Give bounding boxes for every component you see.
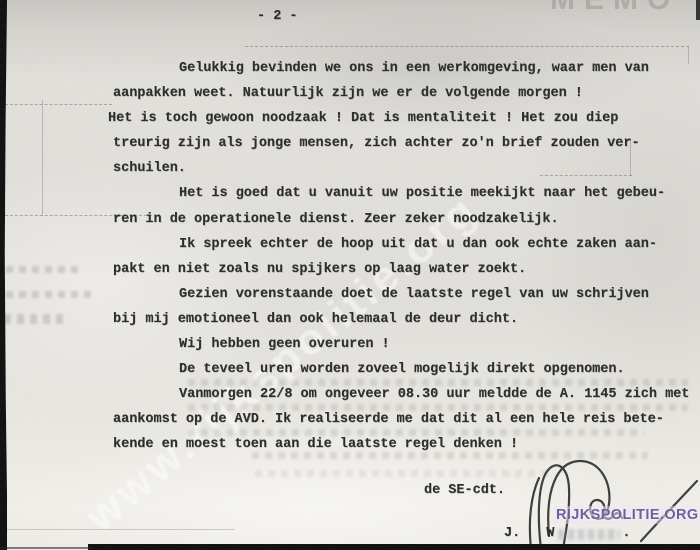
typed-line: kende en moest toen aan die laatste rege… — [0, 432, 700, 457]
bleedthrough-smudge — [255, 470, 555, 477]
typed-line: De teveel uren worden zoveel mogelijk di… — [0, 357, 700, 382]
typed-line: pakt en niet zoals nu spijkers op laag w… — [0, 257, 700, 282]
typed-line: aankomst op de AVD. Ik realiseerde me da… — [0, 407, 700, 432]
letter-body: Gelukkig bevinden we ons in een werkomge… — [0, 56, 700, 458]
typed-line: Ik spreek echter de hoop uit dat u dan o… — [0, 232, 700, 257]
typed-line: Het is goed dat u vanuit uw positie meek… — [0, 181, 700, 206]
typed-line: Het is toch gewoon noodzaak ! Dat is men… — [0, 106, 700, 131]
scan-edge-bottom-thin — [0, 547, 92, 549]
typed-signature-name: J. W . — [504, 526, 630, 541]
closing-salutation: de SE-cdt. — [424, 483, 505, 498]
typed-line: Gezien vorenstaande doet de laatste rege… — [0, 282, 700, 307]
memo-header-fragment: MEMO — [550, 0, 679, 17]
scan-edge-right — [696, 0, 700, 20]
scan-edge-bottom — [88, 544, 700, 550]
typed-line: bij mij emotioneel dan ook helemaal de d… — [0, 307, 700, 332]
scan-line — [245, 46, 689, 47]
typed-line: schuilen. — [0, 156, 700, 181]
scan-line — [3, 529, 235, 530]
page-number: - 2 - — [257, 9, 298, 24]
typed-line: Gelukkig bevinden we ons in een werkomge… — [0, 56, 700, 81]
typed-line: treurig zijn als jonge mensen, zich acht… — [0, 131, 700, 156]
signature-period: . — [622, 526, 630, 541]
rijkspolitie-watermark: RIJKSPOLITIE.ORG — [553, 506, 700, 524]
scanned-document-page: www.rijkspolitie.org MEMO - 2 - Gelukkig… — [0, 0, 700, 550]
typed-line: Vanmorgen 22/8 om ongeveer 08.30 uur mel… — [0, 382, 700, 407]
typed-line: ren in de operationele dienst. Zeer zeke… — [0, 207, 700, 232]
signature-name-fragment: W — [546, 526, 554, 541]
typed-line: Wij hebben geen overuren ! — [0, 332, 700, 357]
obscured-name-smudge — [558, 529, 620, 540]
signature-initial: J. — [504, 526, 520, 541]
typed-line: aanpakken weet. Natuurlijk zijn we er de… — [0, 81, 700, 106]
